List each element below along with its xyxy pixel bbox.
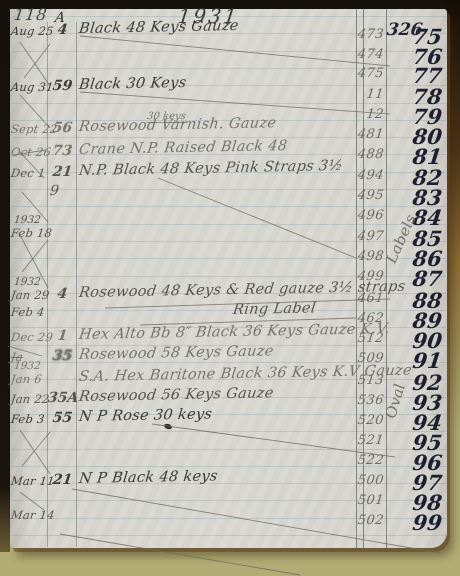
entry-desc: N P Black 48 keys [78, 468, 219, 487]
ref-number: 473 [352, 27, 385, 42]
ref-number: 475 [352, 66, 385, 81]
entry-qty: 35A [47, 390, 78, 406]
entry-year: 1932 [13, 360, 41, 372]
annotation-ink-note-326: 326 [386, 20, 424, 40]
scanned-ledger-photo: { "page": { "number": "118", "year": "19… [0, 0, 460, 576]
entry-desc: Ring Label [232, 300, 317, 318]
ref-number: 498 [352, 249, 385, 264]
entry-qty: 73 [47, 143, 78, 159]
entry-qty: 56 [47, 120, 78, 136]
ref-number: 512 [352, 331, 385, 346]
entry-date: Feb 4 [10, 305, 45, 319]
entry-date: Dec 1 [10, 166, 46, 180]
entry-date: Jan 6 [10, 372, 43, 386]
entry-qty: 55 [47, 410, 78, 426]
entry-date: Feb 3 [10, 412, 45, 426]
serial-number: 99 [392, 510, 443, 535]
ink-blot-mark [163, 423, 172, 430]
ref-number: 461 [352, 291, 385, 306]
ref-number: 501 [352, 493, 385, 508]
ref-number: 11 [352, 87, 385, 102]
entry-desc: Black 48 Keys Gauze [78, 18, 240, 37]
ref-number: 495 [352, 188, 385, 203]
entry-date: Jan 22 [10, 392, 50, 406]
entry-qty: 1 [47, 328, 78, 344]
ref-number: 521 [352, 433, 385, 448]
entry-desc: Rosewood 58 Keys Gauze [78, 343, 275, 363]
ruling-line [12, 103, 446, 104]
entry-qty: 21 [47, 164, 78, 180]
ruling-line [12, 449, 446, 450]
ref-number: 499 [352, 269, 385, 284]
ref-number: 509 [352, 351, 385, 366]
entry-desc: N.P. Black 48 Keys Pink Straps 3½ [78, 158, 344, 179]
ref-number: 502 [352, 513, 385, 528]
entry-qty: 4 [47, 286, 78, 302]
entry-desc: Black 30 Keys [78, 75, 187, 93]
column-rule [47, 22, 48, 547]
ledger-content: 118 1931 Aug 254Black 48 Keys GauzeAug 3… [0, 0, 460, 576]
ref-number: 481 [352, 127, 385, 142]
ref-number: 496 [352, 208, 385, 223]
entry-year: 1932 [13, 276, 41, 288]
entry-date: Feb 18 [10, 226, 53, 240]
ref-number: 513 [352, 373, 385, 388]
entry-date: Oct 26 [10, 145, 52, 159]
ruling-line [12, 224, 446, 225]
ruling-line [12, 16, 446, 17]
entry-qty: 35 [47, 348, 78, 364]
ref-number: 494 [352, 168, 385, 183]
ref-number: 488 [352, 147, 385, 162]
annotation-nine-mark: 9 [49, 183, 60, 199]
ruling-line [12, 535, 446, 536]
ref-number: 522 [352, 453, 385, 468]
page-number: 118 [13, 5, 49, 24]
annotation-insert-note-30keys: 30 keys [146, 111, 186, 123]
ref-number: 500 [352, 473, 385, 488]
entry-date: Mar 14 [10, 508, 55, 522]
ref-number: 497 [352, 229, 385, 244]
entry-qty: 59 [47, 78, 78, 94]
entry-date: Jan 29 [10, 288, 50, 302]
ref-number: 12 [352, 107, 385, 122]
entry-desc: Hex Alto Bb 8″ Black 36 Keys Gauze K.V. [78, 321, 391, 343]
ref-number: 474 [352, 47, 385, 62]
entry-desc: N P Rose 30 keys [78, 406, 213, 425]
ref-number: 462 [352, 311, 385, 326]
ref-number: 520 [352, 413, 385, 428]
ref-number: 536 [352, 393, 385, 408]
column-rule [76, 22, 77, 547]
annotation-a-mark: A [54, 10, 66, 26]
entry-desc: Rosewood 56 Keys Gauze [78, 385, 275, 405]
entry-year: 1932 [13, 214, 41, 226]
entry-qty: 21 [47, 472, 78, 488]
